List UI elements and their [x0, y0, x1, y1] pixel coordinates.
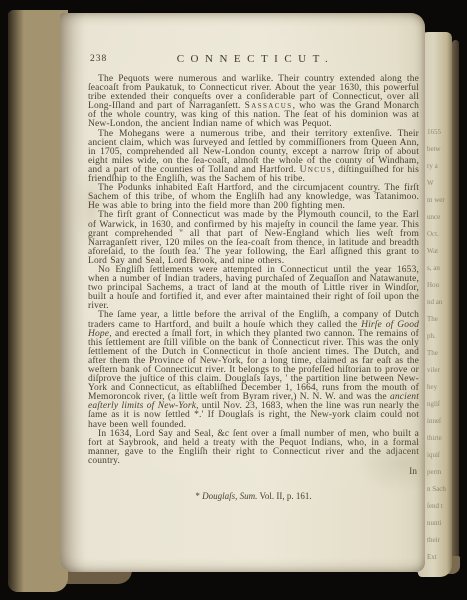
- edge-text-fragment: inneſ: [427, 413, 452, 430]
- edge-text-fragment: The: [427, 345, 452, 362]
- italic-text: Douglaſs, Sum.: [202, 491, 257, 501]
- edge-text-fragment: ph.: [427, 328, 452, 345]
- page-header-row: 238 CONNECTICUT.: [60, 53, 425, 66]
- edge-text-fragment: nd an: [427, 294, 452, 311]
- page-number: 238: [90, 54, 107, 64]
- edge-text-fragment: ſend t: [427, 498, 452, 515]
- paragraph: The firſt grant of Connecticut was made …: [88, 211, 419, 266]
- edge-text-fragment: betw: [427, 141, 452, 158]
- edge-text-fragment: ry a: [427, 158, 452, 175]
- body-text: The Pequots were numerous and warlike. T…: [88, 75, 419, 466]
- edge-text-fragment: 1655: [427, 124, 452, 141]
- edge-text-fragment: Wat: [427, 243, 452, 260]
- edge-text-fragment: Hou: [427, 277, 452, 294]
- edge-text-fragment: unce: [427, 209, 452, 226]
- footnote: * Douglaſs, Sum. Vol. II, p. 161.: [88, 491, 419, 501]
- paragraph: The Podunks inhabited Eaſt Hartford, and…: [88, 184, 419, 211]
- edge-text-fragment: iquiſ: [427, 447, 452, 464]
- book-page: 238 CONNECTICUT. The Pequots were numero…: [60, 13, 425, 572]
- text-segment: , and erected a ſmall fort, in which the…: [88, 329, 419, 403]
- edge-text-fragment: W: [427, 175, 452, 192]
- fore-edge-outer: [452, 40, 459, 560]
- paragraph: In 1634, Lord Say and Seal, &c ſent over…: [88, 430, 419, 466]
- text-segment: No Engliſh ſettlements were attempted in…: [88, 265, 419, 311]
- edge-text-fragment: n Sach: [427, 481, 452, 498]
- text-segment: The firſt grant of Connecticut was made …: [88, 210, 419, 265]
- edge-text-fragment: hey: [427, 379, 452, 396]
- edge-text-fragment: perm: [427, 464, 452, 481]
- text-segment: The Podunks inhabited Eaſt Hartford, and…: [88, 183, 419, 211]
- paragraph: No Engliſh ſettlements were attempted in…: [88, 266, 419, 311]
- edge-text-fragment: their: [427, 532, 452, 549]
- edge-text-fragment: m wer: [427, 192, 452, 209]
- edge-text-fragment: ngliſ: [427, 396, 452, 413]
- footnote-text: Douglaſs, Sum. Vol. II, p. 161.: [202, 491, 311, 501]
- edge-text-fragment: thirte: [427, 430, 452, 447]
- text-segment: Vol. II, p. 161.: [257, 491, 311, 501]
- paragraph: The Pequots were numerous and warlike. T…: [88, 75, 419, 130]
- running-header: CONNECTICUT.: [60, 53, 425, 65]
- edge-text-fragment: Ext: [427, 549, 452, 566]
- paragraph: The Mohegans were a numerous tribe, and …: [88, 130, 419, 185]
- edge-text-fragment: s, an: [427, 260, 452, 277]
- edge-text-fragment: nunti: [427, 515, 452, 532]
- text-segment: In 1634, Lord Say and Seal, &c ſent over…: [88, 429, 419, 466]
- edge-text-fragment: viler: [427, 362, 452, 379]
- book-page-edges-left: [8, 10, 68, 592]
- paragraph: The ſame year, a little before the arriv…: [88, 311, 419, 429]
- edge-text-fragment: Oct.: [427, 226, 452, 243]
- edge-text-fragment: The: [427, 311, 452, 328]
- catchword: In: [60, 467, 417, 477]
